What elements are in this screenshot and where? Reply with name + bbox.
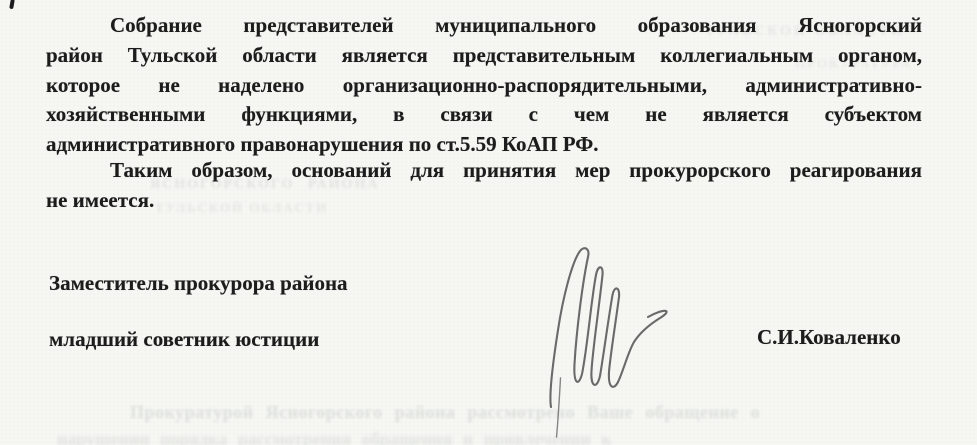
body-paragraph2-line2: не имеется. — [46, 187, 922, 213]
body-paragraph1-line1: Собрание представителей муниципального о… — [46, 12, 922, 38]
body-paragraph2-line1: Таким образом, оснований для принятия ме… — [46, 157, 922, 183]
bleed-through-text: Прокуратурой Ясногорского района рассмот… — [130, 402, 938, 423]
handwritten-signature — [540, 235, 680, 445]
body-paragraph1-line4: хозяйственными функциями, в связи с чем … — [46, 101, 922, 127]
signer-rank-line: младший советник юстиции — [49, 326, 319, 352]
body-paragraph1-line5: административного правонарушения по ст.5… — [46, 131, 922, 157]
scanned-document-page: ТУЛЬСКОЙ ОБЛАСТИ ПРОКУРАТУРА ЯСНОГОРСКОГ… — [0, 0, 977, 445]
signer-name: С.И.Коваленко — [757, 324, 901, 350]
body-paragraph1-line3: которое не наделено организационно-распо… — [46, 72, 922, 98]
body-paragraph1-line2: район Тульской области является представ… — [46, 42, 922, 68]
scan-artifact-mark — [9, 0, 15, 9]
signer-position-line: Заместитель прокурора района — [49, 270, 348, 296]
